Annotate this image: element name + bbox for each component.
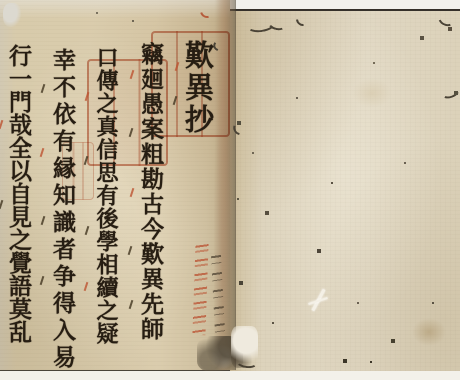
- paper-stain: [412, 318, 446, 346]
- text-column: 口傳之真信思有後學相續之疑: [95, 46, 117, 345]
- text-column: 行一門哉全以自見之覺語莫乱: [7, 44, 30, 343]
- paper-scratch: [306, 288, 332, 314]
- title-column: 歎異抄: [183, 40, 212, 136]
- ink-flecks: [0, 0, 2, 2]
- text-column: 竊廻愚案粗勘古今歎異先師: [139, 42, 162, 342]
- photo-backdrop: [0, 371, 460, 380]
- text-column: 幸不依有縁知識者争得入易: [51, 48, 74, 372]
- paper-stain: [352, 78, 392, 108]
- repair-patch: [231, 326, 258, 368]
- paper-texture: [230, 11, 460, 371]
- repair-patch: [3, 3, 21, 27]
- manuscript-photo: 歎異抄 竊廻愚案粗勘古今歎異先師 口傳之真信思有後學相續之疑 幸不依有縁知識者争…: [0, 0, 460, 380]
